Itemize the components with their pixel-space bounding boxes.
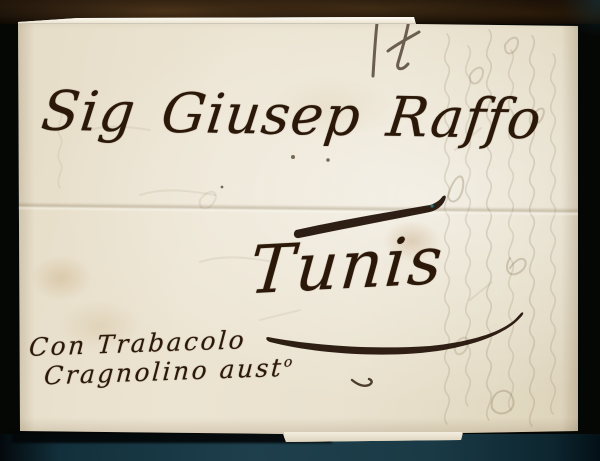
letter-sheet: Sig Giusep Raffo Tunis Con Trabacolo Cra… [18,17,578,443]
addressee-line: Sig Giusep Raffo [38,79,545,152]
photo-of-folded-letter: Sig Giusep Raffo Tunis Con Trabacolo Cra… [0,0,600,461]
routing-note-superscript: o [283,354,295,370]
foxing-stain [30,255,92,301]
destination-line: Tunis [247,222,448,310]
paper-top-edge-highlight [18,17,415,24]
